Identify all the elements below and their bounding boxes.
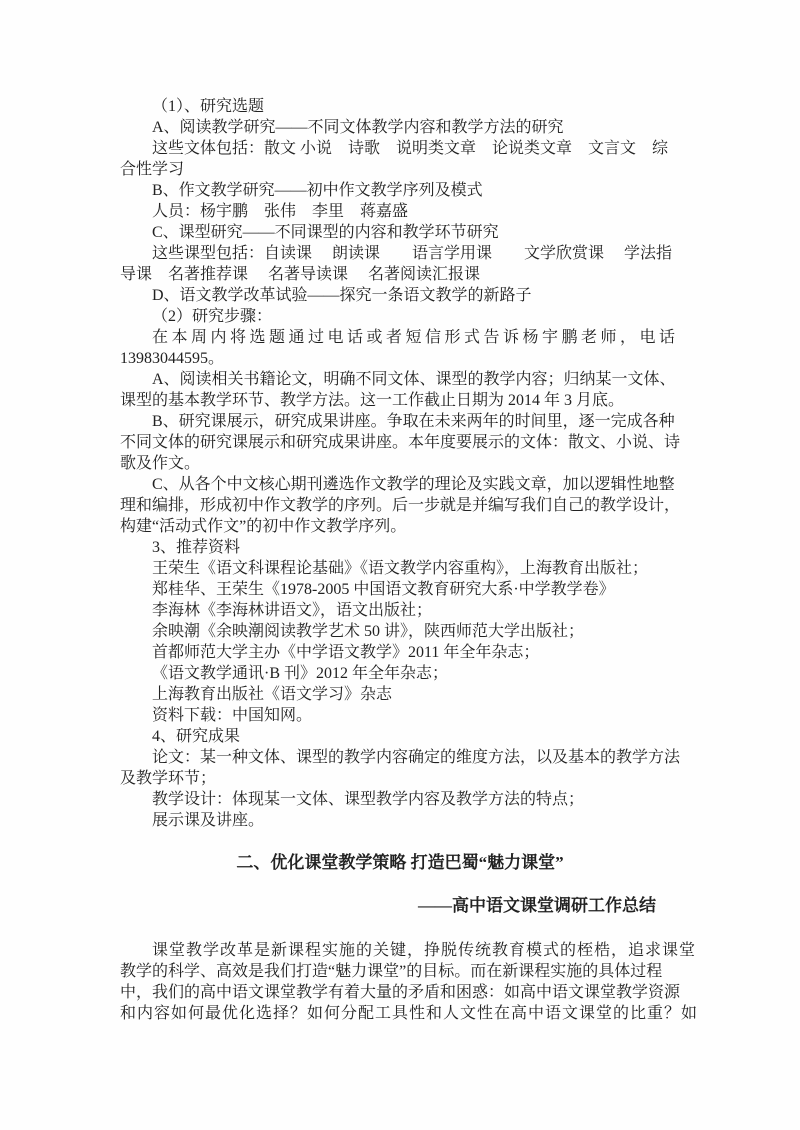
text-line: 上海教育出版社《语文学习》杂志: [120, 684, 680, 705]
text-line: 课型的基本教学环节、教学方法。这一工作截止日期为 2014 年 3 月底。: [120, 390, 680, 411]
text-line: （1）、研究选题: [120, 96, 680, 117]
text-line: 余映潮《余映潮阅读教学艺术 50 讲》，陕西师范大学出版社；: [120, 621, 680, 642]
text-line: （2）研究步骤：: [120, 306, 680, 327]
text-line: 合性学习: [120, 159, 680, 180]
text-line: 导课 名著推荐课 名著导读课 名著阅读汇报课: [120, 264, 680, 285]
blank-line: [120, 874, 680, 895]
text-line: 中，我们的高中语文课堂教学有着大量的矛盾和困惑：如高中语文课堂教学资源: [120, 982, 680, 1003]
text-line: 李海林《李海林讲语文》，语文出版社；: [120, 600, 680, 621]
text-line: 人员：杨宇鹏 张伟 李里 蒋嘉盛: [120, 201, 680, 222]
text-line: 《语文教学通讯·B 刊》2012 年全年杂志；: [120, 663, 680, 684]
text-line: 教学设计：体现某一文体、课型教学内容及教学方法的特点；: [120, 789, 680, 810]
text-line: 展示课及讲座。: [120, 810, 680, 831]
text-line: C、从各个中文核心期刊遴选作文教学的理论及实践文章，加以逻辑性地整: [120, 474, 680, 495]
text-line: 歌及作文。: [120, 453, 680, 474]
text-line: 教学的科学、高效是我们打造“魅力课堂”的目标。而在新课程实施的具体过程: [120, 961, 680, 982]
text-line: 在本周内将选题通过电话或者短信形式告诉杨宇鹏老师，电话: [120, 327, 680, 348]
text-line: 不同文体的研究课展示和研究成果讲座。本年度要展示的文体：散文、小说、诗: [120, 432, 680, 453]
text-line: 这些文体包括：散文 小说 诗歌 说明类文章 论说类文章 文言文 综: [120, 138, 680, 159]
text-line-phone-number: 13983044595。: [120, 348, 680, 369]
text-line: A、阅读相关书籍论文，明确不同文体、课型的教学内容；归纳某一文体、: [120, 369, 680, 390]
text-line: B、作文教学研究——初中作文教学序列及模式: [120, 180, 680, 201]
section-heading: 二、优化课堂教学策略 打造巴蜀“魅力课堂”: [120, 852, 680, 874]
text-line: 和内容如何最优化选择？如何分配工具性和人文性在高中语文课堂的比重？如: [120, 1003, 680, 1024]
text-line: 4、研究成果: [120, 726, 680, 747]
text-line: 这些课型包括：自读课 朗读课 语言学用课 文学欣赏课 学法指: [120, 243, 680, 264]
text-line: 郑桂华、王荣生《1978-2005 中国语文教育研究大系·中学教学卷》: [120, 579, 680, 600]
blank-line: [120, 831, 680, 852]
document-page: （1）、研究选题 A、阅读教学研究——不同文体教学内容和教学方法的研究 这些文体…: [0, 0, 800, 1130]
document-text-block: （1）、研究选题 A、阅读教学研究——不同文体教学内容和教学方法的研究 这些文体…: [120, 96, 680, 1024]
blank-line: [120, 917, 680, 940]
text-line: C、课型研究——不同课型的内容和教学环节研究: [120, 222, 680, 243]
text-line: 3、推荐资料: [120, 537, 680, 558]
text-line: A、阅读教学研究——不同文体教学内容和教学方法的研究: [120, 117, 680, 138]
text-line: 理和编排，形成初中作文教学的序列。后一步就是并编写我们自己的教学设计，: [120, 495, 680, 516]
text-line: D、语文教学改革试验——探究一条语文教学的新路子: [120, 285, 680, 306]
text-line: 及教学环节；: [120, 768, 680, 789]
text-line: 王荣生《语文科课程论基础》《语文教学内容重构》，上海教育出版社；: [120, 558, 680, 579]
text-line: B、研究课展示，研究成果讲座。争取在未来两年的时间里，逐一完成各种: [120, 411, 680, 432]
text-line: 首都师范大学主办《中学语文教学》2011 年全年杂志；: [120, 642, 680, 663]
text-line: 资料下载：中国知网。: [120, 705, 680, 726]
text-line: 构建“活动式作文”的初中作文教学序列。: [120, 516, 680, 537]
text-line: 论文：某一种文体、课型的教学内容确定的维度方法，以及基本的教学方法: [120, 747, 680, 768]
text-line: 课堂教学改革是新课程实施的关键，挣脱传统教育模式的桎梏，追求课堂: [120, 940, 680, 961]
section-subheading: ——高中语文课堂调研工作总结: [120, 895, 680, 917]
